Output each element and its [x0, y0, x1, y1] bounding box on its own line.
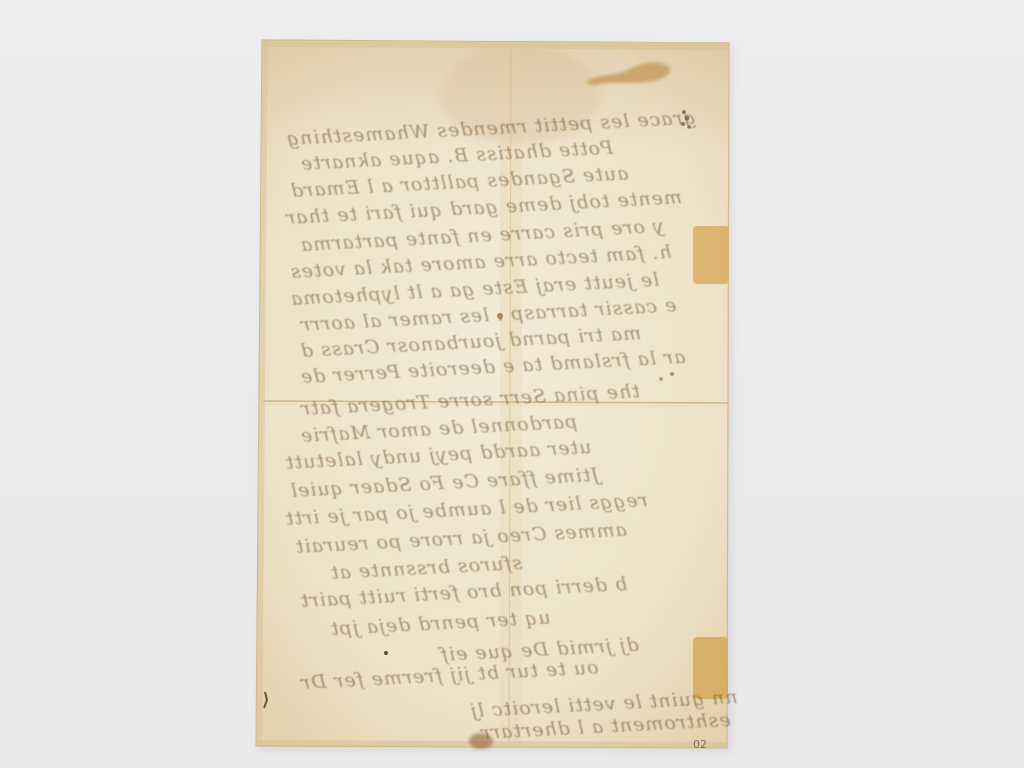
page-number-mark: 02	[693, 738, 707, 751]
tape-top	[693, 226, 729, 284]
